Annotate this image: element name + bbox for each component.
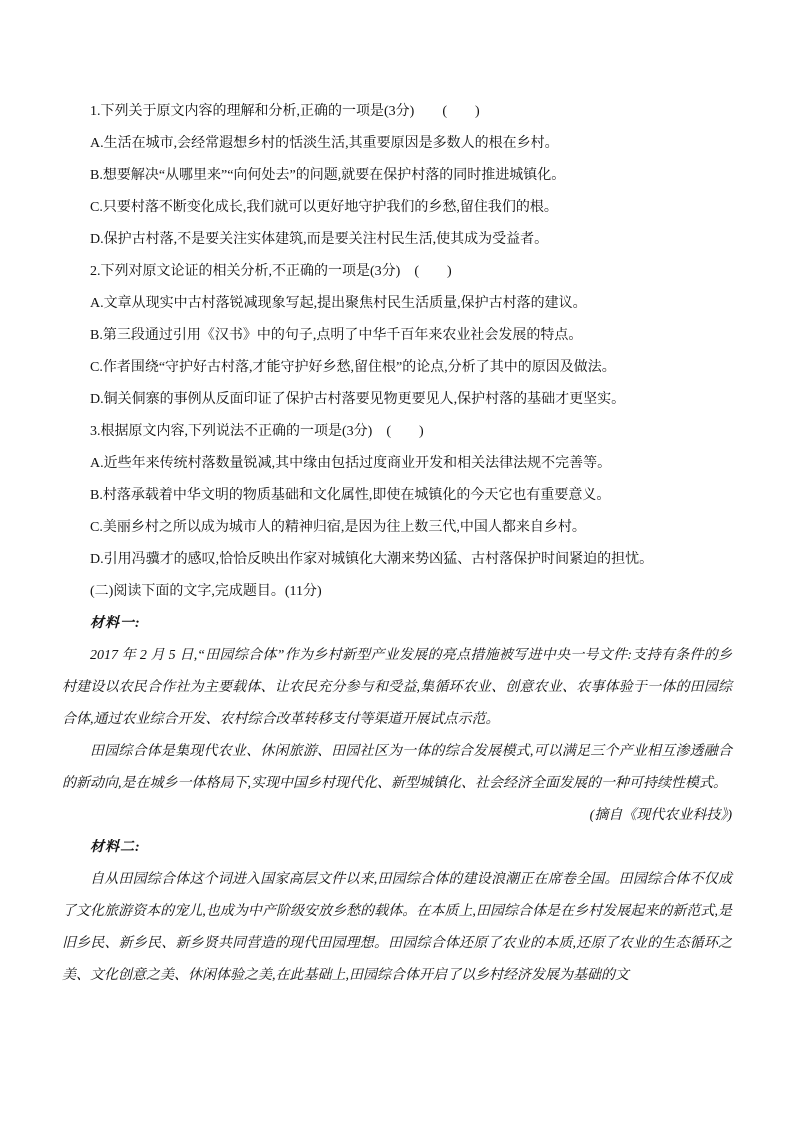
question-2-option-d: D.铜关侗寨的事例从反面印证了保护古村落要见物更要见人,保护村落的基础才更坚实。 <box>62 384 732 416</box>
material-1-paragraph-2: 田园综合体是集现代农业、休闲旅游、田园社区为一体的综合发展模式,可以满足三个产业… <box>62 736 732 800</box>
question-2-option-b: B.第三段通过引用《汉书》中的句子,点明了中华千百年来农业社会发展的特点。 <box>62 320 732 352</box>
question-1-option-a: A.生活在城市,会经常遐想乡村的恬淡生活,其重要原因是多数人的根在乡村。 <box>62 128 732 160</box>
question-3-option-d: D.引用冯骥才的感叹,恰恰反映出作家对城镇化大潮来势凶猛、古村落保护时间紧迫的担… <box>62 544 732 576</box>
question-block-3: 3.根据原文内容,下列说法不正确的一项是(3分) ( ) A.近些年来传统村落数… <box>62 416 732 576</box>
question-1-option-b: B.想要解决“从哪里来”“向何处去”的问题,就要在保护村落的同时推进城镇化。 <box>62 160 732 192</box>
question-3-option-b: B.村落承载着中华文明的物质基础和文化属性,即使在城镇化的今天它也有重要意义。 <box>62 480 732 512</box>
exam-document-page: 1.下列关于原文内容的理解和分析,正确的一项是(3分) ( ) A.生活在城市,… <box>0 0 794 1123</box>
question-2-option-c: C.作者围绕“守护好古村落,才能守护好乡愁,留住根”的论点,分析了其中的原因及做… <box>62 352 732 384</box>
question-1-stem: 1.下列关于原文内容的理解和分析,正确的一项是(3分) ( ) <box>62 96 732 128</box>
question-3-stem: 3.根据原文内容,下列说法不正确的一项是(3分) ( ) <box>62 416 732 448</box>
question-block-1: 1.下列关于原文内容的理解和分析,正确的一项是(3分) ( ) A.生活在城市,… <box>62 96 732 256</box>
question-block-2: 2.下列对原文论证的相关分析,不正确的一项是(3分) ( ) A.文章从现实中古… <box>62 256 732 416</box>
material-2-label: 材料二: <box>62 832 732 864</box>
material-1-label: 材料一: <box>62 608 732 640</box>
question-3-option-a: A.近些年来传统村落数量锐减,其中缘由包括过度商业开发和相关法律法规不完善等。 <box>62 448 732 480</box>
question-2-option-a: A.文章从现实中古村落锐减现象写起,提出聚焦村民生活质量,保护古村落的建议。 <box>62 288 732 320</box>
question-2-stem: 2.下列对原文论证的相关分析,不正确的一项是(3分) ( ) <box>62 256 732 288</box>
material-2: 材料二: 自从田园综合体这个词进入国家高层文件以来,田园综合体的建设浪潮正在席卷… <box>62 832 732 992</box>
question-1-option-d: D.保护古村落,不是要关注实体建筑,而是要关注村民生活,使其成为受益者。 <box>62 224 732 256</box>
material-1-paragraph-1: 2017 年 2 月 5 日,“田园综合体”作为乡村新型产业发展的亮点措施被写进… <box>62 640 732 736</box>
question-3-option-c: C.美丽乡村之所以成为城市人的精神归宿,是因为往上数三代,中国人都来自乡村。 <box>62 512 732 544</box>
material-1-source-citation: (摘自《现代农业科技》) <box>62 800 732 832</box>
material-2-paragraph-1: 自从田园综合体这个词进入国家高层文件以来,田园综合体的建设浪潮正在席卷全国。田园… <box>62 864 732 992</box>
material-1: 材料一: 2017 年 2 月 5 日,“田园综合体”作为乡村新型产业发展的亮点… <box>62 608 732 832</box>
question-1-option-c: C.只要村落不断变化成长,我们就可以更好地守护我们的乡愁,留住我们的根。 <box>62 192 732 224</box>
reading-section-2-heading: (二)阅读下面的文字,完成题目。(11分) <box>62 576 732 608</box>
